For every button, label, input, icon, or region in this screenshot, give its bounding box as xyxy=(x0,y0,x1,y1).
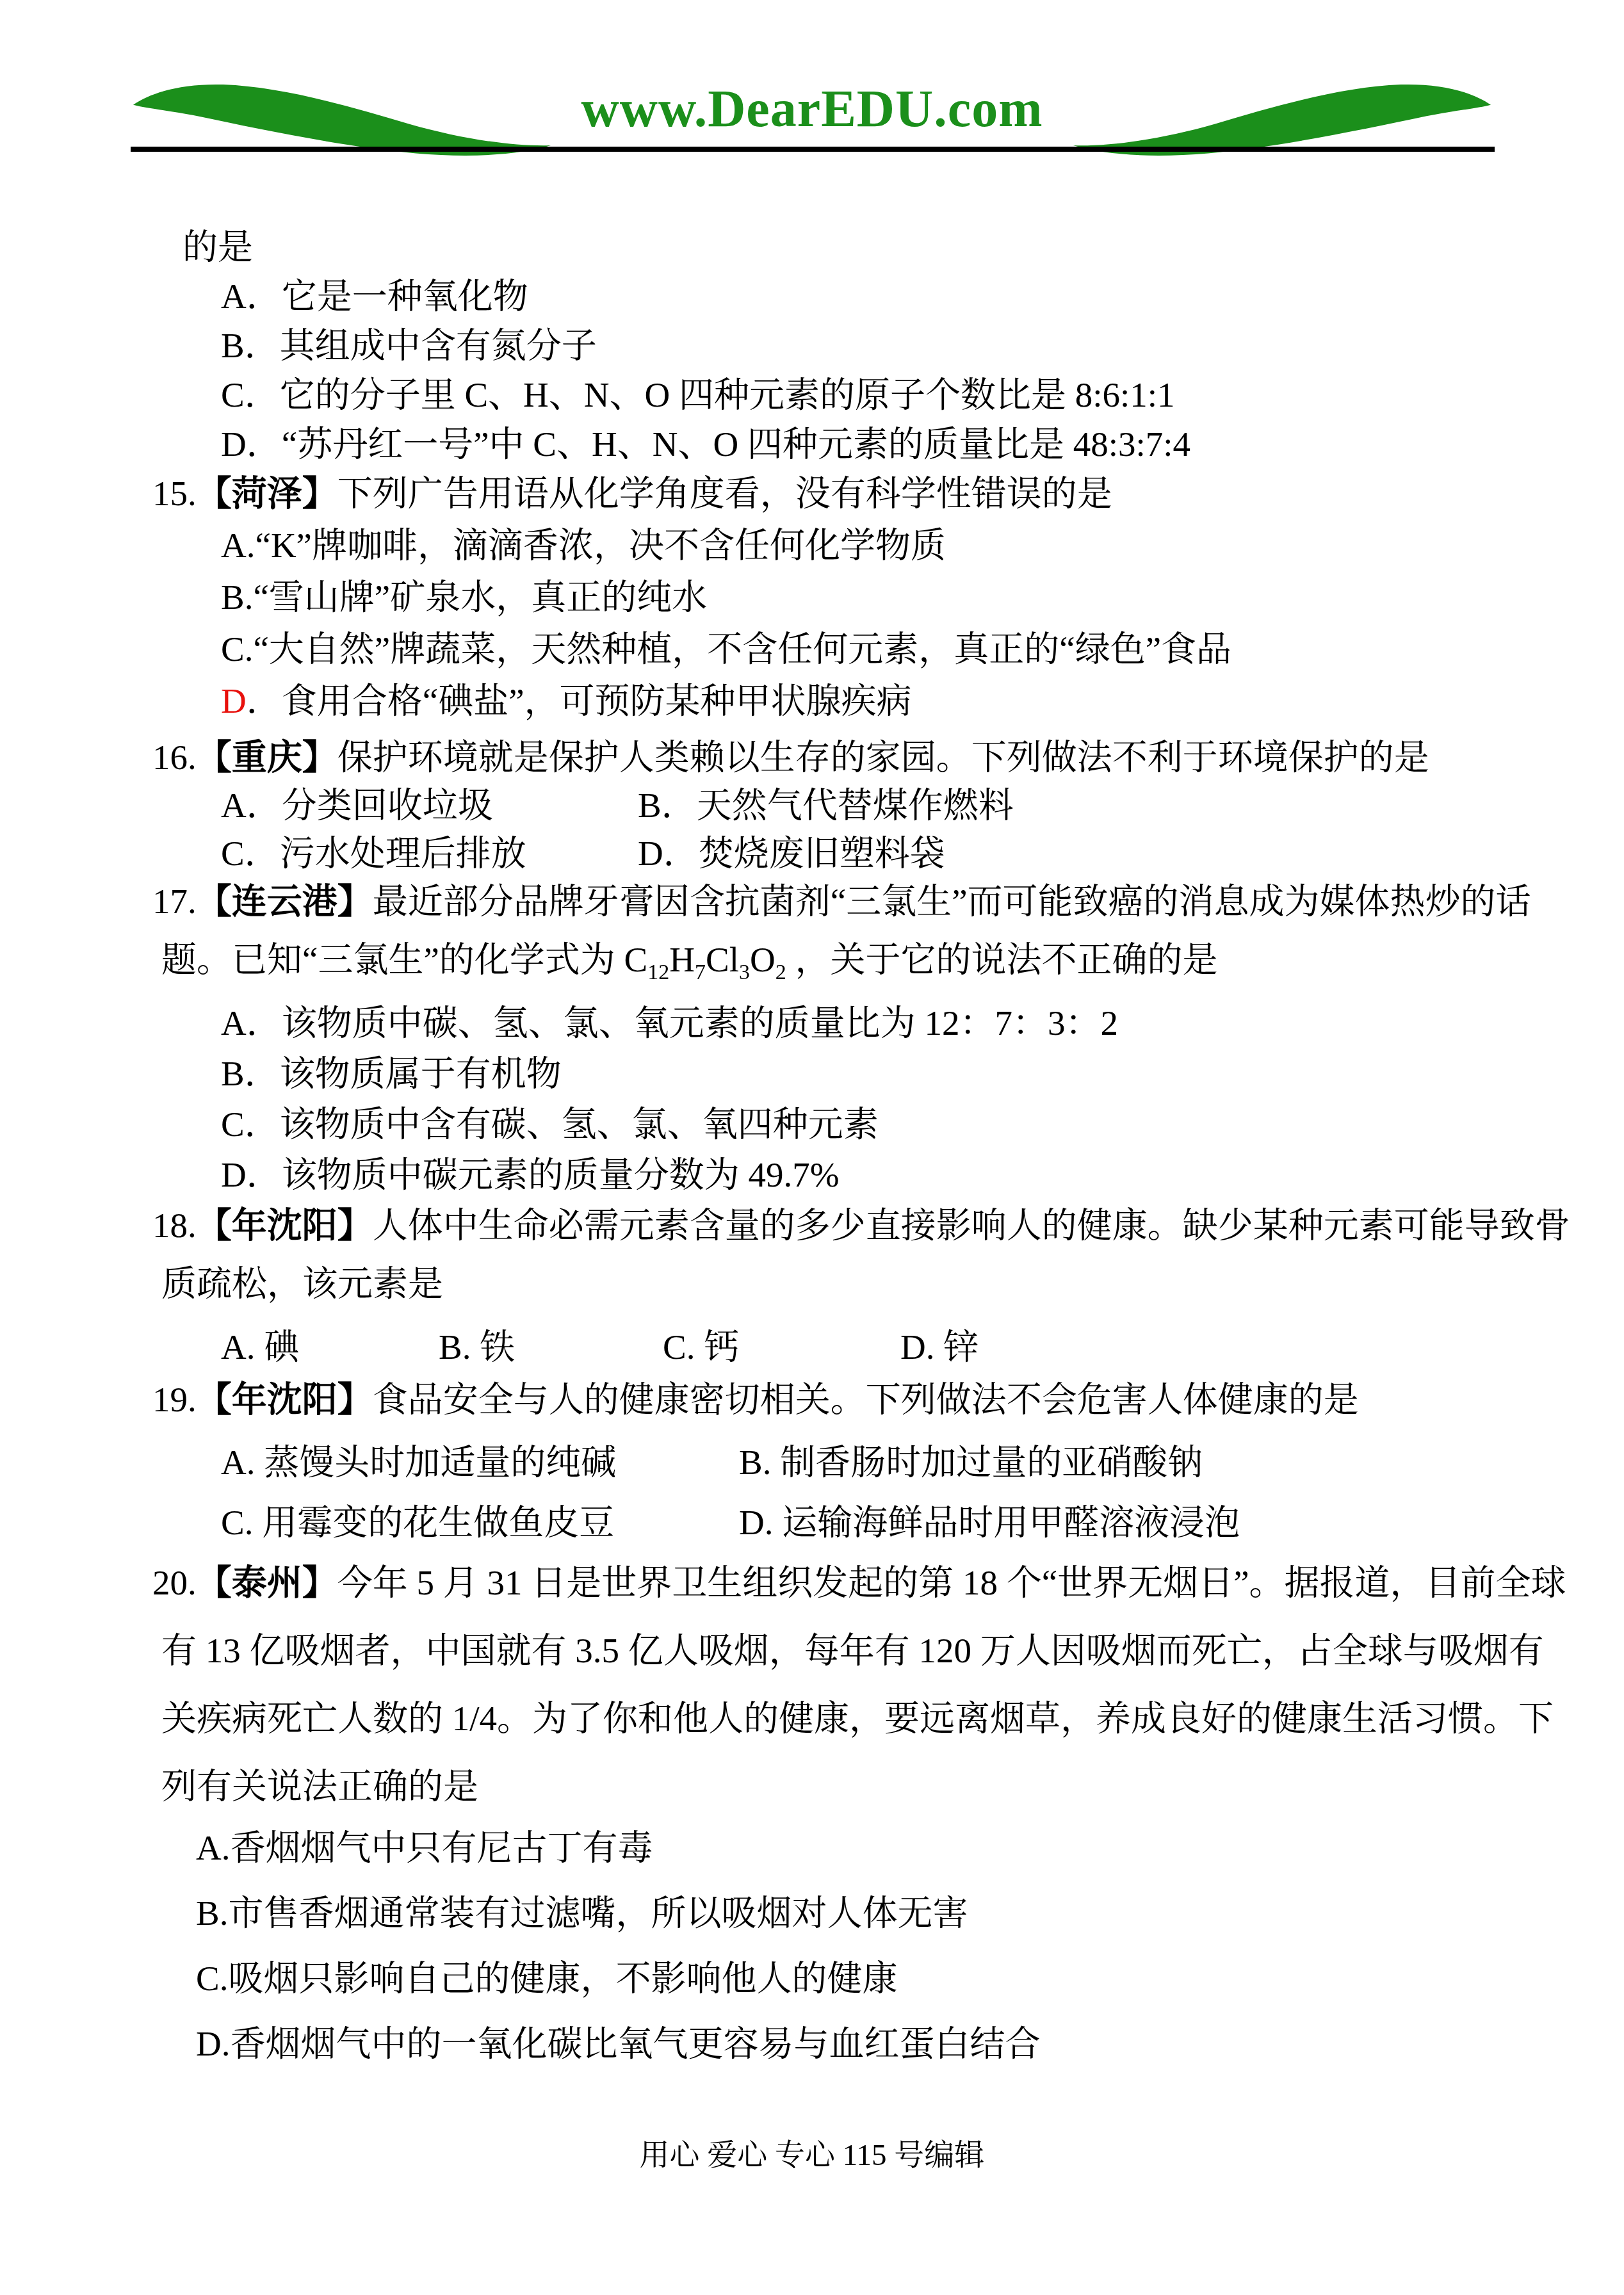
text-segment: D. 锌 xyxy=(900,1327,978,1366)
option-c: C.吸烟只影响自己的健康，不影响他人的健康 xyxy=(196,1959,1547,1998)
text-segment: 质疏松，该元素是 xyxy=(161,1264,443,1303)
option-cell: D．焚烧废旧塑料袋 xyxy=(638,834,945,873)
option-cell: C. 钙 xyxy=(663,1328,900,1366)
text-segment: A．它是一种氧化物 xyxy=(221,277,528,316)
text-segment: A．该物质中碳、氢、氯、氧元素的质量比为 12：7：3：2 xyxy=(221,1003,1118,1042)
header-divider xyxy=(131,147,1495,152)
text-segment: D. 运输海鲜品时用甲醛溶液浸泡 xyxy=(739,1503,1240,1542)
text-segment: 2 xyxy=(775,961,786,984)
text-segment: B．其组成中含有氮分子 xyxy=(221,326,597,365)
text-segment: 题。已知“三氯生”的化学式为 C xyxy=(161,940,647,979)
option-row: C．污水处理后排放D．焚烧废旧塑料袋 xyxy=(221,834,1547,873)
page-footer: 用心 爱心 专心 115 号编辑 xyxy=(0,2136,1624,2175)
question-number: 18. xyxy=(152,1206,197,1245)
stem-continuation-last: 列有关说法正确的是 xyxy=(161,1767,1547,1806)
option-row: A. 蒸馒头时加适量的纯碱B. 制香肠时加过量的亚硝酸钠 xyxy=(221,1443,1547,1482)
option-a: A.“K”牌咖啡，滴滴香浓，决不含任何化学物质 xyxy=(221,526,1547,565)
source-tag: 【泰州】 xyxy=(197,1563,337,1602)
question-block-q16: 16.【重庆】保护环境就是保护人类赖以生存的家园。下列做法不利于环境保护的是A．… xyxy=(152,738,1547,873)
stem-text: 食品安全与人的健康密切相关。下列做法不会危害人体健康的是 xyxy=(373,1380,1359,1419)
option-cell: B. 铁 xyxy=(439,1328,663,1366)
source-tag: 【菏泽】 xyxy=(197,474,337,513)
text-segment: O xyxy=(750,940,775,979)
stem-text: 今年 5 月 31 日是世界卫生组织发起的第 18 个“世界无烟日”。据报道，目… xyxy=(337,1563,1566,1602)
text-segment: A.香烟烟气中只有尼古丁有毒 xyxy=(196,1828,653,1867)
option-a: A.香烟烟气中只有尼古丁有毒 xyxy=(196,1829,1547,1867)
question-block-q17: 17.【连云港】最近部分品牌牙膏因含抗菌剂“三氯生”而可能致癌的消息成为媒体热炒… xyxy=(152,882,1547,1194)
text-segment: B. 铁 xyxy=(439,1327,515,1366)
text-segment: D.香烟烟气中的一氧化碳比氧气更容易与血红蛋白结合 xyxy=(196,2024,1040,2063)
text-segment: A.“K”牌咖啡，滴滴香浓，决不含任何化学物质 xyxy=(221,526,946,565)
question-block-q20: 20.【泰州】今年 5 月 31 日是世界卫生组织发起的第 18 个“世界无烟日… xyxy=(152,1564,1547,2063)
question-number: 20. xyxy=(152,1563,197,1602)
option-a: A．它是一种氧化物 xyxy=(221,277,1547,316)
option-row: A．分类回收垃圾B．天然气代替煤作燃料 xyxy=(221,786,1547,825)
question-stem: 16.【重庆】保护环境就是保护人类赖以生存的家园。下列做法不利于环境保护的是 xyxy=(152,738,1547,777)
question-block-q14-tail: 的是A．它是一种氧化物B．其组成中含有氮分子C．它的分子里 C、H、N、O 四种… xyxy=(152,228,1547,464)
question-number: 16. xyxy=(152,738,197,777)
site-logo: www.DearEDU.com xyxy=(581,74,1043,143)
question-block-q15: 15.【菏泽】下列广告用语从化学角度看，没有科学性错误的是A.“K”牌咖啡，滴滴… xyxy=(152,474,1547,720)
question-block-q18: 18.【年沈阳】人体中生命必需元素含量的多少直接影响人的健康。缺少某种元素可能导… xyxy=(152,1206,1547,1366)
stem-text: 人体中生命必需元素含量的多少直接影响人的健康。缺少某种元素可能导致骨 xyxy=(373,1206,1570,1245)
text-segment: C．该物质中含有碳、氢、氯、氧四种元素 xyxy=(221,1105,879,1144)
option-cell: D. 运输海鲜品时用甲醛溶液浸泡 xyxy=(739,1504,1240,1542)
text-segment: B．天然气代替煤作燃料 xyxy=(638,786,1014,825)
text-segment: A. 蒸馒头时加适量的纯碱 xyxy=(221,1443,616,1482)
text-segment: ．食用合格“碘盐”，可预防某种甲状腺疾病 xyxy=(247,681,912,720)
footer-text: 用心 爱心 专心 115 号编辑 xyxy=(640,2139,985,2172)
text-segment: 12 xyxy=(647,961,669,984)
text-segment: B.“雪山牌”矿泉水，真正的纯水 xyxy=(221,578,707,617)
text-segment: Cl xyxy=(706,940,739,979)
question-number: 19. xyxy=(152,1380,197,1419)
text-segment: C．它的分子里 C、H、N、O 四种元素的原子个数比是 8:6:1:1 xyxy=(221,375,1175,414)
stem-text: 下列广告用语从化学角度看，没有科学性错误的是 xyxy=(337,474,1112,513)
text-segment: 关疾病死亡人数的 1/4。为了你和他人的健康，要远离烟草，养成良好的健康生活习惯… xyxy=(161,1699,1554,1738)
exam-page: www.DearEDU.com 的是A．它是一种氧化物B．其组成中含有氮分子C．… xyxy=(0,0,1624,2295)
question-stem: 17.【连云港】最近部分品牌牙膏因含抗菌剂“三氯生”而可能致癌的消息成为媒体热炒… xyxy=(152,882,1547,921)
text-segment: D．“苏丹红一号”中 C、H、N、O 四种元素的质量比是 48:3:7:4 xyxy=(221,425,1190,464)
text-segment: B.市售香烟通常装有过滤嘴，所以吸烟对人体无害 xyxy=(196,1894,968,1933)
text-segment: C．污水处理后排放 xyxy=(221,834,526,873)
option-b: B．其组成中含有氮分子 xyxy=(221,327,1547,365)
option-b: B.市售香烟通常装有过滤嘴，所以吸烟对人体无害 xyxy=(196,1894,1547,1933)
text-segment: C. 用霉变的花生做鱼皮豆 xyxy=(221,1503,614,1542)
text-segment: 3 xyxy=(739,961,750,984)
option-c: C.“大自然”牌蔬菜，天然种植，不含任何元素，真正的“绿色”食品 xyxy=(221,630,1547,669)
text-segment: D．该物质中碳元素的质量分数为 49.7% xyxy=(221,1155,840,1194)
text-segment: 列有关说法正确的是 xyxy=(161,1767,478,1806)
option-cell: C．污水处理后排放 xyxy=(221,834,638,873)
option-cell: B. 制香肠时加过量的亚硝酸钠 xyxy=(739,1443,1203,1482)
source-tag: 【连云港】 xyxy=(197,882,373,921)
stem-text: 保护环境就是保护人类赖以生存的家园。下列做法不利于环境保护的是 xyxy=(337,738,1429,777)
stem-continuation: 的是 xyxy=(183,228,1547,266)
option-d: D．“苏丹红一号”中 C、H、N、O 四种元素的质量比是 48:3:7:4 xyxy=(221,425,1547,464)
option-b: B．该物质属于有机物 xyxy=(221,1055,1547,1093)
question-stem: 19.【年沈阳】食品安全与人的健康密切相关。下列做法不会危害人体健康的是 xyxy=(152,1381,1547,1419)
option-row: C. 用霉变的花生做鱼皮豆D. 运输海鲜品时用甲醛溶液浸泡 xyxy=(221,1504,1547,1542)
option-d: D.香烟烟气中的一氧化碳比氧气更容易与血红蛋白结合 xyxy=(196,2025,1547,2063)
text-segment: C. 钙 xyxy=(663,1327,739,1366)
option-cell: A．分类回收垃圾 xyxy=(221,786,638,825)
site-header: www.DearEDU.com xyxy=(0,0,1624,211)
option-d: D．食用合格“碘盐”，可预防某种甲状腺疾病 xyxy=(221,682,1547,720)
option-cell: B．天然气代替煤作燃料 xyxy=(638,786,1014,825)
source-tag: 【年沈阳】 xyxy=(197,1380,373,1419)
option-cell: A. 碘 xyxy=(221,1328,439,1366)
question-number: 17. xyxy=(152,882,197,921)
text-segment: C.吸烟只影响自己的健康，不影响他人的健康 xyxy=(196,1959,897,1998)
question-stem: 15.【菏泽】下列广告用语从化学角度看，没有科学性错误的是 xyxy=(152,474,1547,513)
text-segment: C.“大自然”牌蔬菜，天然种植，不含任何元素，真正的“绿色”食品 xyxy=(221,629,1231,669)
text-segment: A．分类回收垃圾 xyxy=(221,786,493,825)
text-segment: A. 碘 xyxy=(221,1327,299,1366)
text-segment: ，关于它的说法不正确的是 xyxy=(786,940,1218,979)
question-block-q19: 19.【年沈阳】食品安全与人的健康密切相关。下列做法不会危害人体健康的是A. 蒸… xyxy=(152,1381,1547,1542)
source-tag: 【重庆】 xyxy=(197,738,337,777)
option-cell: D. 锌 xyxy=(900,1328,978,1366)
stem-continuation: 质疏松，该元素是 xyxy=(161,1265,1547,1303)
question-stem: 20.【泰州】今年 5 月 31 日是世界卫生组织发起的第 18 个“世界无烟日… xyxy=(152,1564,1547,1602)
option-c: C．它的分子里 C、H、N、O 四种元素的原子个数比是 8:6:1:1 xyxy=(221,376,1547,414)
option-cell: A. 蒸馒头时加适量的纯碱 xyxy=(221,1443,739,1482)
text-segment: B．该物质属于有机物 xyxy=(221,1054,562,1093)
text-segment: 的是 xyxy=(183,227,253,266)
option-a: A．该物质中碳、氢、氯、氧元素的质量比为 12：7：3：2 xyxy=(221,1004,1547,1042)
text-segment: B. 制香肠时加过量的亚硝酸钠 xyxy=(739,1443,1203,1482)
text-segment: 有 13 亿吸烟者，中国就有 3.5 亿人吸烟，每年有 120 万人因吸烟而死亡… xyxy=(161,1631,1544,1670)
option-row: A. 碘B. 铁C. 钙D. 锌 xyxy=(221,1328,1547,1366)
question-stem: 18.【年沈阳】人体中生命必需元素含量的多少直接影响人的健康。缺少某种元素可能导… xyxy=(152,1206,1547,1245)
option-b: B.“雪山牌”矿泉水，真正的纯水 xyxy=(221,578,1547,617)
stem-continuation: 关疾病死亡人数的 1/4。为了你和他人的健康，要远离烟草，养成良好的健康生活习惯… xyxy=(161,1699,1547,1738)
stem-text: 最近部分品牌牙膏因含抗菌剂“三氯生”而可能致癌的消息成为媒体热炒的话 xyxy=(373,882,1531,921)
text-segment: 7 xyxy=(695,961,706,984)
stem-continuation: 有 13 亿吸烟者，中国就有 3.5 亿人吸烟，每年有 120 万人因吸烟而死亡… xyxy=(161,1632,1547,1670)
option-c: C．该物质中含有碳、氢、氯、氧四种元素 xyxy=(221,1105,1547,1144)
text-segment: D．焚烧废旧塑料袋 xyxy=(638,834,945,873)
source-tag: 【年沈阳】 xyxy=(197,1206,373,1245)
question-list: 的是A．它是一种氧化物B．其组成中含有氮分子C．它的分子里 C、H、N、O 四种… xyxy=(152,228,1547,2090)
option-label-highlighted: D xyxy=(221,681,247,720)
question-number: 15. xyxy=(152,474,197,513)
text-segment: H xyxy=(669,940,695,979)
option-d: D．该物质中碳元素的质量分数为 49.7% xyxy=(221,1156,1547,1194)
stem-continuation: 题。已知“三氯生”的化学式为 C12H7Cl3O2 ，关于它的说法不正确的是 xyxy=(161,941,1547,992)
option-cell: C. 用霉变的花生做鱼皮豆 xyxy=(221,1504,739,1542)
